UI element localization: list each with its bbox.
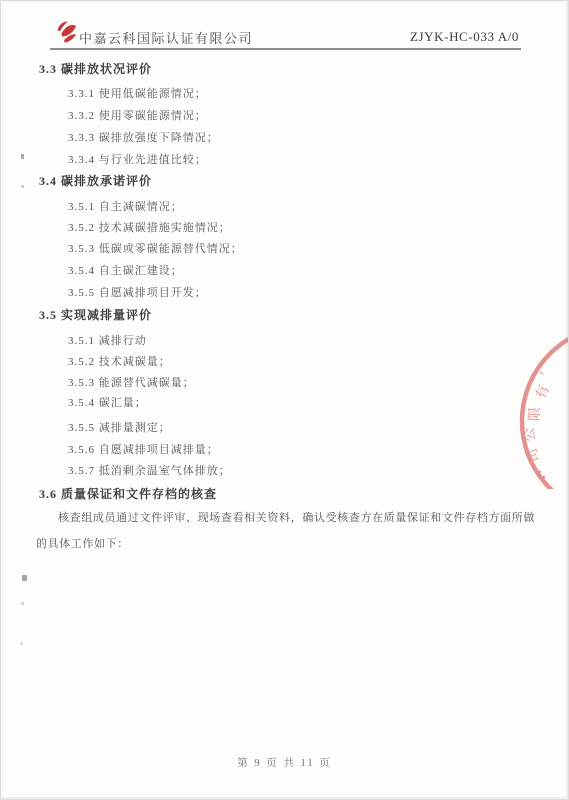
item-3-5-2: 3.5.2 技术减碳量； xyxy=(68,355,171,369)
scan-speck xyxy=(21,154,24,159)
item-3-3-2: 3.3.2 使用零碳能源情况； xyxy=(68,109,207,123)
item-3-3-4: 3.3.4 与行业先进值比较； xyxy=(68,153,207,167)
scan-speck xyxy=(20,642,23,645)
document-page: 中嘉云科国际认证有限公司 ZJYK-HC-033 A/0 3.3 碳排放状况评价… xyxy=(0,0,569,800)
seal-char-gong: 公 xyxy=(522,427,539,443)
page-number: 第 9 页 共 11 页 xyxy=(1,755,568,770)
item-3-3-3: 3.3.3 碳排放强度下降情况； xyxy=(68,131,219,145)
document-code: ZJYK-HC-033 A/0 xyxy=(410,29,519,45)
section-title-3-4: 3.4 碳排放承诺评价 xyxy=(39,174,152,188)
seal-char-xian: 限 xyxy=(527,407,544,422)
company-seal-stamp: ， 有 限 公 司 xyxy=(512,337,568,489)
section-title-3-6: 3.6 质量保证和文件存档的核查 xyxy=(39,487,217,501)
item-3-4-1: 3.5.1 自主减碳情况； xyxy=(68,200,183,214)
item-3-5-5: 3.5.5 减排量测定； xyxy=(68,421,171,435)
seal-char-you: 有 xyxy=(533,383,553,402)
scan-speck xyxy=(21,185,24,188)
header-rule xyxy=(50,48,521,50)
section-3-6-paragraph: 核查组成员通过文件评审、现场查看相关资料，确认受核查方在质量保证和文件存档方面所… xyxy=(36,506,535,557)
item-3-4-4: 3.5.4 自主碳汇建设； xyxy=(68,264,183,278)
item-3-4-2: 3.5.2 技术减碳措施实施情况； xyxy=(68,221,231,235)
company-logo-icon xyxy=(54,20,78,46)
item-3-4-3: 3.5.3 低碳或零碳能源替代情况； xyxy=(68,242,243,256)
scan-speck xyxy=(21,602,24,605)
item-3-5-4: 3.5.4 碳汇量； xyxy=(68,396,147,410)
section-title-3-5: 3.5 实现减排量评价 xyxy=(39,308,152,322)
item-3-5-1: 3.5.1 减排行动 xyxy=(68,334,147,348)
item-3-4-5: 3.5.5 自愿减排项目开发； xyxy=(68,286,207,300)
company-name: 中嘉云科国际认证有限公司 xyxy=(79,28,253,47)
section-title-3-3: 3.3 碳排放状况评价 xyxy=(39,62,152,76)
item-3-5-3: 3.5.3 能源替代减碳量； xyxy=(68,376,195,390)
scan-speck xyxy=(22,575,27,581)
item-3-5-6: 3.5.6 自愿减排项目减排量； xyxy=(68,443,219,457)
item-3-5-7: 3.5.7 抵消剩余温室气体排放； xyxy=(68,464,231,478)
item-3-3-1: 3.3.1 使用低碳能源情况； xyxy=(68,87,207,101)
